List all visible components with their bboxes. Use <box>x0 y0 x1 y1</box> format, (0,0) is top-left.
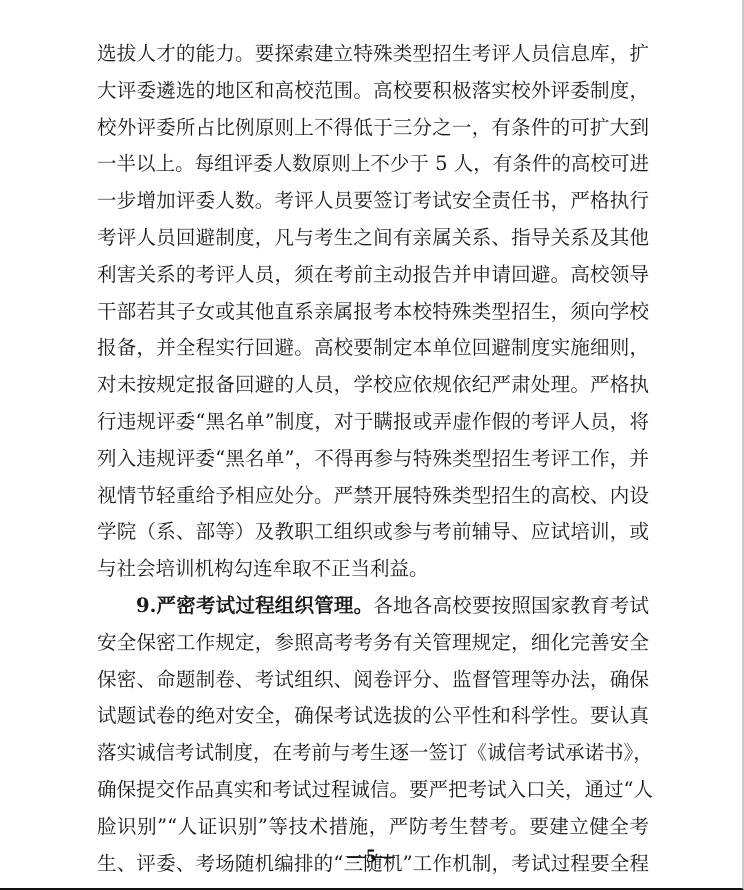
text-line: 一步增加评委人数。考评人员要签订考试安全责任书，严格执行 <box>97 183 649 220</box>
paragraph-evaluators: 选拔人才的能力。要探索建立特殊类型招生考评人员信息库，扩 大评委遴选的地区和高校… <box>97 36 649 588</box>
text-line: 试题试卷的绝对安全，确保考试选拔的公平性和科学性。要认真 <box>97 698 649 735</box>
section-heading: 9.严密考试过程组织管理。 <box>136 594 373 617</box>
text-line: 考评人员回避制度，凡与考生之间有亲属关系、指导关系及其他 <box>97 220 649 257</box>
paragraph-exam-process: 9.严密考试过程组织管理。各地各高校要按照国家教育考试 安全保密工作规定，参照高… <box>97 588 649 882</box>
text-line: 报备，并全程实行回避。高校要制定本单位回避制度实施细则， <box>97 330 649 367</box>
text-line: 大评委遴选的地区和高校范围。高校要积极落实校外评委制度， <box>97 73 649 110</box>
text-line: 与社会培训机构勾连牟取不正当利益。 <box>97 551 649 588</box>
text-line: 选拔人才的能力。要探索建立特殊类型招生考评人员信息库，扩 <box>97 36 649 73</box>
text-line: 对未按规定报备回避的人员，学校应依规依纪严肃处理。严格执 <box>97 367 649 404</box>
text-line: 干部若其子女或其他直系亲属报考本校特殊类型招生，须向学校 <box>97 294 649 331</box>
text-line: 学院（系、部等）及教职工组织或参与考前辅导、应试培训，或 <box>97 514 649 551</box>
text-line: 校外评委所占比例原则上不得低于三分之一，有条件的可扩大到 <box>97 110 649 147</box>
text-line: 保密、命题制卷、考试组织、阅卷评分、监督管理等办法，确保 <box>97 662 649 699</box>
text-line: 脸识别”“人证识别”等技术措施，严防考生替考。要建立健全考 <box>97 809 649 846</box>
page-number: —5— <box>0 846 742 868</box>
text-line: 利害关系的考评人员，须在考前主动报告并申请回避。高校领导 <box>97 257 649 294</box>
text-line: 列入违规评委“黑名单”，不得再参与特殊类型招生考评工作，并 <box>97 441 649 478</box>
text-line: 确保提交作品真实和考试过程诚信。要严把考试入口关，通过“人 <box>97 772 649 809</box>
text-line: 9.严密考试过程组织管理。各地各高校要按照国家教育考试 <box>97 588 649 625</box>
text-line: 视情节轻重给予相应处分。严禁开展特殊类型招生的高校、内设 <box>97 478 649 515</box>
text-line: 安全保密工作规定，参照高考考务有关管理规定，细化完善安全 <box>97 625 649 662</box>
text-line: 落实诚信考试制度，在考前与考生逐一签订《诚信考试承诺书》， <box>97 735 649 772</box>
text-line: 一半以上。每组评委人数原则上不少于 5 人，有条件的高校可进 <box>97 146 649 183</box>
document-body: 选拔人才的能力。要探索建立特殊类型招生考评人员信息库，扩 大评委遴选的地区和高校… <box>97 36 649 882</box>
heading-continuation: 各地各高校要按照国家教育考试 <box>373 594 649 617</box>
text-line: 行违规评委“黑名单”制度，对于瞒报或弄虚作假的考评人员，将 <box>97 404 649 441</box>
document-page: 选拔人才的能力。要探索建立特殊类型招生考评人员信息库，扩 大评委遴选的地区和高校… <box>0 0 744 890</box>
